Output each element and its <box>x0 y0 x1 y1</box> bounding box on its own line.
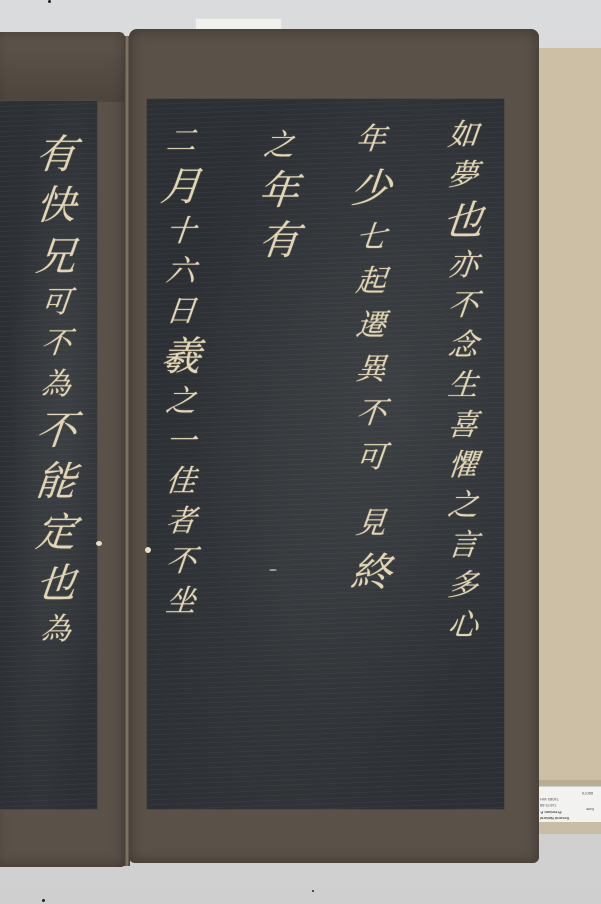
glyph: 不 <box>34 411 78 451</box>
glyph: 多 <box>446 571 479 601</box>
label-line: Second Natural <box>540 816 569 821</box>
glyph: 之 <box>262 131 295 161</box>
calligraphy-column: 之 年 有 <box>259 131 299 261</box>
glyph: 見 <box>354 509 387 539</box>
glyph: 佳 <box>164 467 197 497</box>
ink-speck <box>145 547 151 553</box>
left-leaf-rubbing: 有 快 兄 可 不 為 不 能 定 也 為 <box>0 100 98 810</box>
calligraphy-column: 如 夢 也 亦 不 念 生 喜 懼 之 言 多 心 <box>443 121 483 641</box>
label-line: 74075 88 <box>540 803 557 808</box>
glyph: 遷 <box>354 311 387 341</box>
glyph: 不 <box>164 547 197 577</box>
glyph: 可 <box>39 288 72 318</box>
glyph: 能 <box>34 462 78 502</box>
glyph: 不 <box>354 399 387 429</box>
label-line: Kate <box>586 807 594 812</box>
right-leaf-rubbing: 如 夢 也 亦 不 念 生 喜 懼 之 言 多 心 年 少 七 起 遷 異 不 … <box>146 98 505 810</box>
glyph: 年 <box>354 125 387 155</box>
board-lower-edge <box>538 822 601 834</box>
calligraphy-column: 年 少 七 起 遷 異 不 可 見 終 <box>351 125 391 593</box>
dust-mark <box>42 899 45 902</box>
glyph: 不 <box>446 291 479 321</box>
dust-mark <box>48 0 51 3</box>
glyph: 也 <box>441 201 485 241</box>
glyph: 羲 <box>159 337 203 377</box>
glyph: 終 <box>349 553 393 593</box>
glyph: 六 <box>164 257 197 287</box>
glyph: 少 <box>349 169 393 209</box>
calligraphy-column: 二 月 十 六 日 羲 之 一 佳 者 不 坐 <box>161 127 201 617</box>
glyph: 喜 <box>446 411 479 441</box>
label-line: Premium P. <box>540 810 562 815</box>
glyph: 不 <box>39 329 72 359</box>
glyph: 亦 <box>446 251 479 281</box>
reference-label: Second Natural Premium P. 74075 88 74085… <box>538 786 601 824</box>
glyph: 有 <box>34 135 78 175</box>
glyph: 七 <box>354 223 387 253</box>
glyph: 生 <box>446 371 479 401</box>
glyph: 念 <box>446 331 479 361</box>
glyph: 懼 <box>446 451 479 481</box>
frame-top-margin <box>0 32 124 102</box>
glyph: 日 <box>164 297 197 327</box>
dust-mark <box>312 890 314 892</box>
glyph: 之 <box>446 491 479 521</box>
glyph: 心 <box>446 611 479 641</box>
glyph: 為 <box>39 370 72 400</box>
label-line: 74085 WH <box>540 797 559 802</box>
ink-speck <box>269 569 277 571</box>
glyph: 可 <box>354 443 387 473</box>
glyph: 定 <box>34 513 78 553</box>
glyph: 夢 <box>446 161 479 191</box>
ink-speck <box>96 541 102 546</box>
glyph: 兄 <box>34 237 78 277</box>
glyph: 有 <box>257 221 301 261</box>
glyph: 二 <box>164 127 197 157</box>
glyph: 異 <box>354 355 387 385</box>
glyph: 起 <box>354 267 387 297</box>
glyph: 月 <box>159 167 203 207</box>
glyph: 之 <box>164 387 197 417</box>
glyph: 者 <box>164 507 197 537</box>
glyph: 十 <box>164 217 197 247</box>
label-line: 88079 <box>582 791 593 796</box>
glyph: 如 <box>446 121 479 151</box>
glyph: 也 <box>34 564 78 604</box>
glyph: 年 <box>257 171 301 211</box>
glyph: 言 <box>446 531 479 561</box>
glyph: 為 <box>39 615 72 645</box>
beige-mount-board <box>536 48 601 786</box>
glyph: 一 <box>164 427 197 457</box>
glyph: 坐 <box>164 587 197 617</box>
calligraphy-column: 有 快 兄 可 不 為 不 能 定 也 為 <box>36 135 76 645</box>
glyph: 快 <box>34 186 78 226</box>
